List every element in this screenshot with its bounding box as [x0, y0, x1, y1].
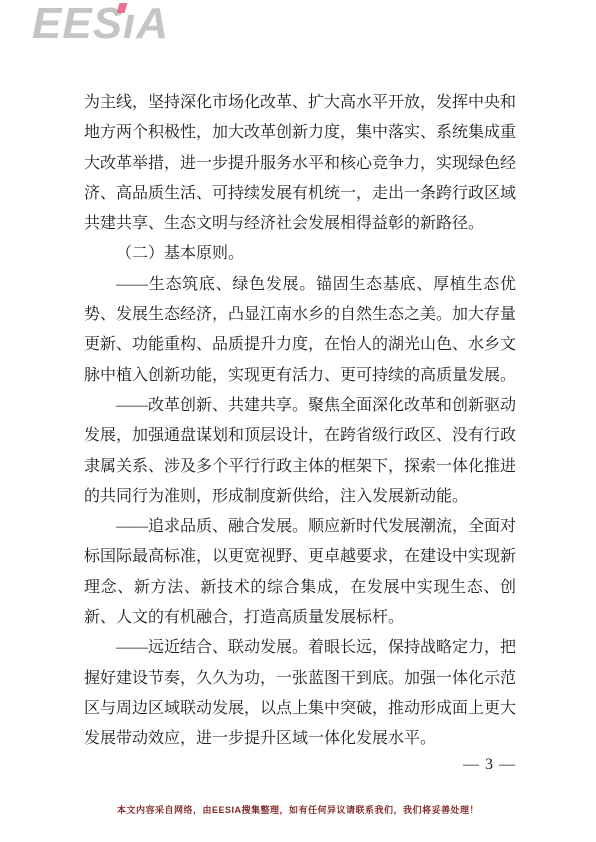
logo-text-suffix: A	[136, 0, 169, 48]
body-paragraph-quality: ——追求品质、融合发展。顺应新时代发展潮流，全面对标国际最高标准，以更宽视野、更…	[84, 512, 516, 633]
section-heading-basic-principles: （二）基本原则。	[84, 239, 516, 269]
body-paragraph-continuation: 为主线，坚持深化市场化改革、扩大高水平开放，发挥中央和地方两个积极性，加大改革创…	[84, 88, 516, 239]
logo-text-prefix: EES	[32, 0, 123, 48]
body-paragraph-ecology: ——生态筑底、绿色发展。锚固生态基底、厚植生态优势、发展生态经济，凸显江南水乡的…	[84, 270, 516, 391]
eesia-logo: EESıA	[32, 2, 169, 46]
body-paragraph-linkage: ——远近结合、联动发展。着眼长远，保持战略定力，把握好建设节奏，久久为功，一张蓝…	[84, 633, 516, 754]
document-page: EESıA 为主线，坚持深化市场化改革、扩大高水平开放，发挥中央和地方两个积极性…	[0, 0, 596, 842]
document-body: 为主线，坚持深化市场化改革、扩大高水平开放，发挥中央和地方两个积极性，加大改革创…	[84, 88, 516, 755]
footer-disclaimer: 本文内容采自网络，由EESIA搜集整理，如有任何异议请联系我们，我们将妥善处理！	[0, 803, 596, 816]
body-paragraph-reform: ——改革创新、共建共享。聚焦全面深化改革和创新驱动发展，加强通盘谋划和顶层设计，…	[84, 391, 516, 512]
page-number: — 3 —	[463, 756, 516, 774]
